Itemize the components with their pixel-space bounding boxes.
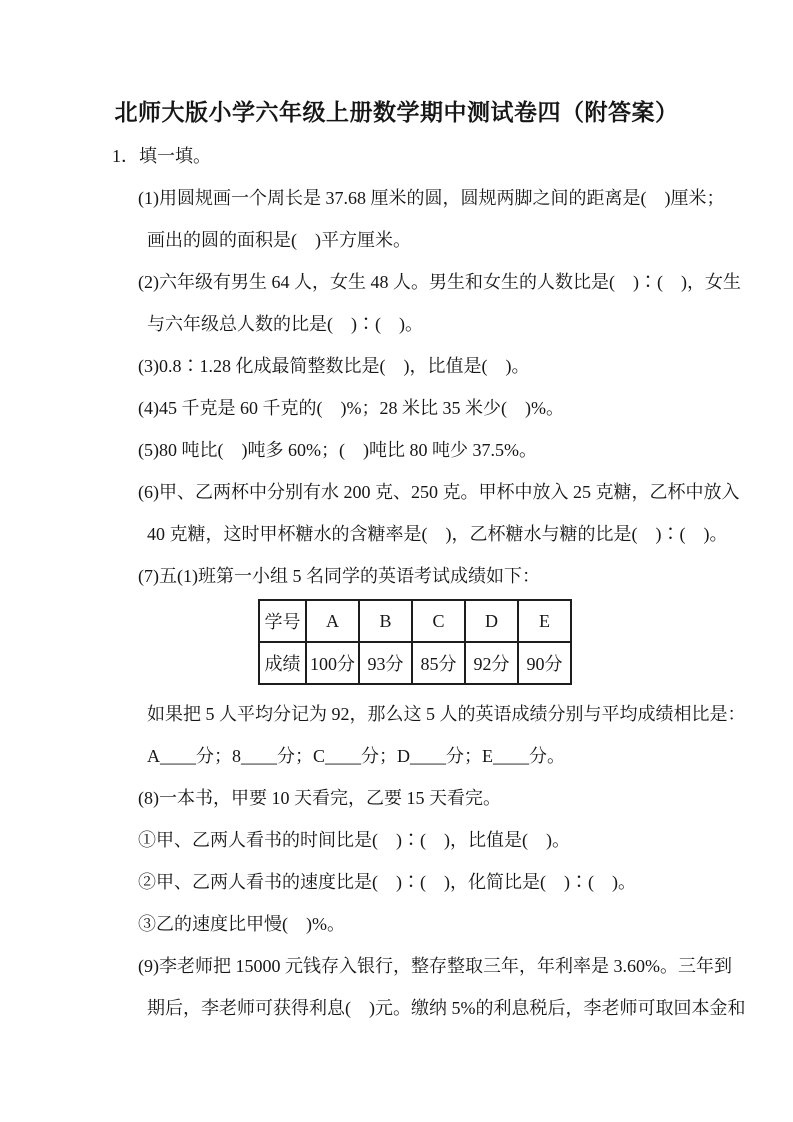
q2-line-1: (2)六年级有男生 64 人，女生 48 人。男生和女生的人数比是( )∶( )… (0, 261, 793, 303)
score-table-header-row: 学号 A B C D E (259, 600, 571, 642)
q3-line: (3)0.8∶1.28 化成最简整数比是( )，比值是( )。 (0, 345, 793, 387)
table-cell-score-d: 92分 (465, 642, 518, 684)
score-table: 学号 A B C D E 成绩 100分 93分 85分 92分 90分 (258, 599, 572, 685)
score-table-score-row: 成绩 100分 93分 85分 92分 90分 (259, 642, 571, 684)
table-cell-student-id-label: 学号 (259, 600, 306, 642)
q7-blanks-line: A____分；8____分；C____分；D____分；E____分。 (0, 735, 793, 777)
table-cell-student-d: D (465, 600, 518, 642)
q1-line-1: (1)用圆规画一个周长是 37.68 厘米的圆，圆规两脚之间的距离是( )厘米； (0, 177, 793, 219)
q5-line: (5)80 吨比( )吨多 60%；( )吨比 80 吨少 37.5%。 (0, 429, 793, 471)
page-title: 北师大版小学六年级上册数学期中测试卷四（附答案） (0, 0, 793, 127)
test-paper-page: 北师大版小学六年级上册数学期中测试卷四（附答案） 1．填一填。 (1)用圆规画一… (0, 0, 793, 1122)
q6-line-1: (6)甲、乙两杯中分别有水 200 克、250 克。甲杯中放入 25 克糖，乙杯… (0, 471, 793, 513)
question-1-heading: 1．填一填。 (0, 135, 793, 177)
q8-sub-1-line: ①甲、乙两人看书的时间比是( )∶( )，比值是( )。 (0, 819, 793, 861)
q8-sub-3-line: ③乙的速度比甲慢( )%。 (0, 903, 793, 945)
table-cell-student-a: A (306, 600, 359, 642)
q8-line: (8)一本书，甲要 10 天看完，乙要 15 天看完。 (0, 777, 793, 819)
q9-line-1: (9)李老师把 15000 元钱存入银行，整存整取三年，年利率是 3.60%。三… (0, 945, 793, 987)
q4-line: (4)45 千克是 60 千克的( )%；28 米比 35 米少( )%。 (0, 387, 793, 429)
table-cell-score-e: 90分 (518, 642, 571, 684)
table-cell-score-b: 93分 (359, 642, 412, 684)
table-cell-student-e: E (518, 600, 571, 642)
table-cell-student-b: B (359, 600, 412, 642)
question-body: 1．填一填。 (1)用圆规画一个周长是 37.68 厘米的圆，圆规两脚之间的距离… (0, 135, 793, 1029)
q2-line-2: 与六年级总人数的比是( )∶( )。 (0, 303, 793, 345)
q6-line-2: 40 克糖，这时甲杯糖水的含糖率是( )，乙杯糖水与糖的比是( )∶( )。 (0, 513, 793, 555)
table-cell-score-a: 100分 (306, 642, 359, 684)
table-cell-score-c: 85分 (412, 642, 465, 684)
q8-sub-2-line: ②甲、乙两人看书的速度比是( )∶( )，化简比是( )∶( )。 (0, 861, 793, 903)
table-cell-score-label: 成绩 (259, 642, 306, 684)
q7-line: (7)五(1)班第一小组 5 名同学的英语考试成绩如下： (0, 555, 793, 597)
q7-note-line: 如果把 5 人平均分记为 92，那么这 5 人的英语成绩分别与平均成绩相比是： (0, 693, 793, 735)
table-cell-student-c: C (412, 600, 465, 642)
q9-line-2: 期后，李老师可获得利息( )元。缴纳 5%的利息税后，李老师可取回本金和 (0, 987, 793, 1029)
q1-line-2: 画出的圆的面积是( )平方厘米。 (0, 219, 793, 261)
